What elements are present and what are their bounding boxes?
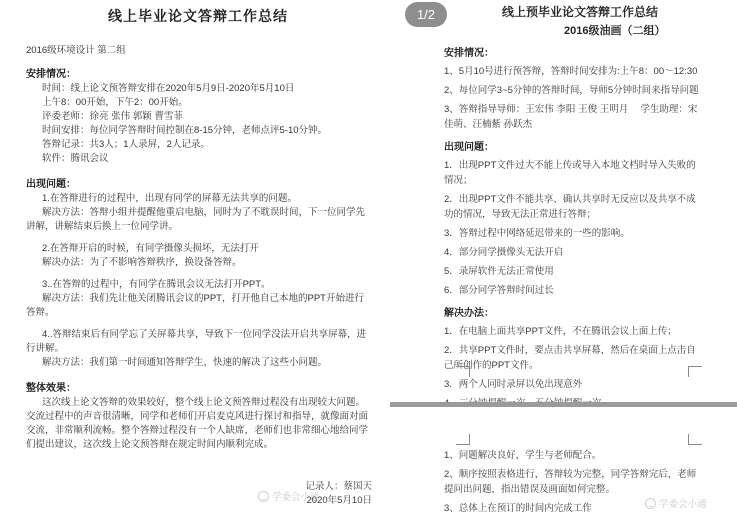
watermark-logo-icon <box>645 498 656 509</box>
section-heading-problems: 出现问题： <box>444 141 701 154</box>
doc-line: 解决方法：答辩小组并提醒他重启电脑，同时为了不耽误时间，下一位同学先讲解，讲解结… <box>26 206 370 234</box>
doc-line: 1.在答辩进行的过程中，出现有同学的屏幕无法共享的问题。 <box>26 192 370 206</box>
left-doc-title: 线上毕业论文答辩工作总结 <box>26 8 370 24</box>
corner-mark-page2-top-right <box>688 434 702 445</box>
doc-line: 1、5月10号进行预答辩，答辩时间安排为:上午8：00～12:30 <box>444 64 701 79</box>
doc-line: 5．录屏软件无法正常使用 <box>444 264 701 279</box>
corner-mark-page2-top-left <box>456 434 470 445</box>
signature-block: 记录人：蔡国天 2020年5月10日 <box>305 480 372 508</box>
page-break-divider <box>390 402 737 407</box>
left-doc-page: 线上毕业论文答辩工作总结 2016级环境设计 第二组 安排情况： 时间：线上论文… <box>0 0 390 523</box>
right-doc-title: 线上预毕业论文答辩工作总结 <box>502 5 701 19</box>
doc-line: 1．出现PPT文件过大不能上传或导入本地文档时导入失败的情况； <box>444 158 701 188</box>
watermark-logo-icon <box>258 491 269 502</box>
doc-line: 1．在电脑上面共享PPT文件，不在腾讯会议上面上传； <box>444 324 701 339</box>
page-indicator-badge: 1/2 <box>405 2 447 27</box>
doc-line: 2、每位同学3~5分钟的答辩时间，导师5分钟时间来指导问题 <box>444 83 701 98</box>
doc-line: 时间：线上论文预答辩安排在2020年5月9日-2020年5月10日 <box>26 82 370 96</box>
doc-line: 2、顺序按照表格进行，答辩较为完整，同学答辩完后，老师提问出问题，指出错误及画面… <box>444 467 704 497</box>
doc-line: 上午8：00开始，下午2：00开始。 <box>26 96 370 110</box>
date-line: 2020年5月10日 <box>305 494 372 508</box>
doc-line: 4..答辩结束后有同学忘了关屏幕共享，导致下一位同学没法开启共享屏幕，进行讲解。 <box>26 328 370 356</box>
overall-paragraph: 这次线上论文答辩的效果较好，整个线上论文预答辩过程没有出现较大问题。交流过程中的… <box>26 396 370 452</box>
page-indicator-label: 1/2 <box>417 7 435 22</box>
doc-line: 3．两个人同时录屏以免出现意外 <box>444 377 701 392</box>
section-heading-solutions: 解决办法： <box>444 307 701 320</box>
corner-mark-page1-bottom-left <box>456 366 470 377</box>
doc-line: 3..在答辩的过程中，有同学在腾讯会议无法打开PPT。 <box>26 278 370 292</box>
section-heading-arrangement: 安排情况： <box>444 47 701 60</box>
doc-line: 解决方法：我们第一时间通知答辩学生，快速的解决了这些小问题。 <box>26 356 370 370</box>
watermark-text: 学委会小通 <box>659 496 707 510</box>
doc-line: 2.在答辩开启的时候，有同学摄像头损坏，无法打开 <box>26 242 370 256</box>
doc-line: 解决方法：我们先让他关闭腾讯会议的PPT，打开他自己本地的PPT开始进行答辩。 <box>26 292 370 320</box>
doc-line: 6．部分同学答辩时间过长 <box>444 283 701 298</box>
doc-line: 4．部分同学摄像头无法开启 <box>444 245 701 260</box>
left-doc-group: 2016级环境设计 第二组 <box>26 42 370 56</box>
section-heading-arrangement: 安排情况： <box>26 68 370 82</box>
right-doc-group: 2016级油画（二组） <box>564 25 701 38</box>
document-viewer: 线上毕业论文答辩工作总结 2016级环境设计 第二组 安排情况： 时间：线上论文… <box>0 0 737 523</box>
section-heading-overall: 整体效果： <box>26 382 370 396</box>
corner-mark-page1-bottom-right <box>688 366 702 377</box>
doc-line: 2．共享PPT文件时，要点击共享屏幕，然后在桌面上点击自己所创作的PPT文件。 <box>444 343 701 373</box>
section-heading-problems: 出现问题： <box>26 178 370 192</box>
doc-line: 1、问题解决良好，学生与老师配合。 <box>444 448 704 463</box>
watermark-right: 学委会小通 <box>645 496 707 510</box>
doc-line: 软件：腾讯会议 <box>26 152 370 166</box>
doc-line: 3、答辩指导导师：王宏伟 李阳 王俊 王明月 学生助理：宋佳萌、汪楠紫 孙跃杰 <box>444 102 701 132</box>
doc-line: 答辩记录：共3人；1人录屏，2人记录。 <box>26 138 370 152</box>
doc-line: 解决办法：为了不影响答辩秩序，换设备答辩。 <box>26 256 370 270</box>
recorder-line: 记录人：蔡国天 <box>305 480 372 494</box>
right-doc-page-1: 线上预毕业论文答辩工作总结 2016级油画（二组） 安排情况： 1、5月10号进… <box>390 0 737 402</box>
doc-line: 时间安排：每位同学答辩时间控制在8-15分钟，老师点评5-10分钟。 <box>26 124 370 138</box>
doc-line: 3．答辩过程中网络延迟带来的一些的影响。 <box>444 226 701 241</box>
doc-line: 2．出现PPT文件不能共享、确认共享时无反应以及共享不成功的情况，导致无法正常进… <box>444 192 701 222</box>
doc-line: 评委老师：徐亮 张伟 郭颖 曹雪菲 <box>26 110 370 124</box>
